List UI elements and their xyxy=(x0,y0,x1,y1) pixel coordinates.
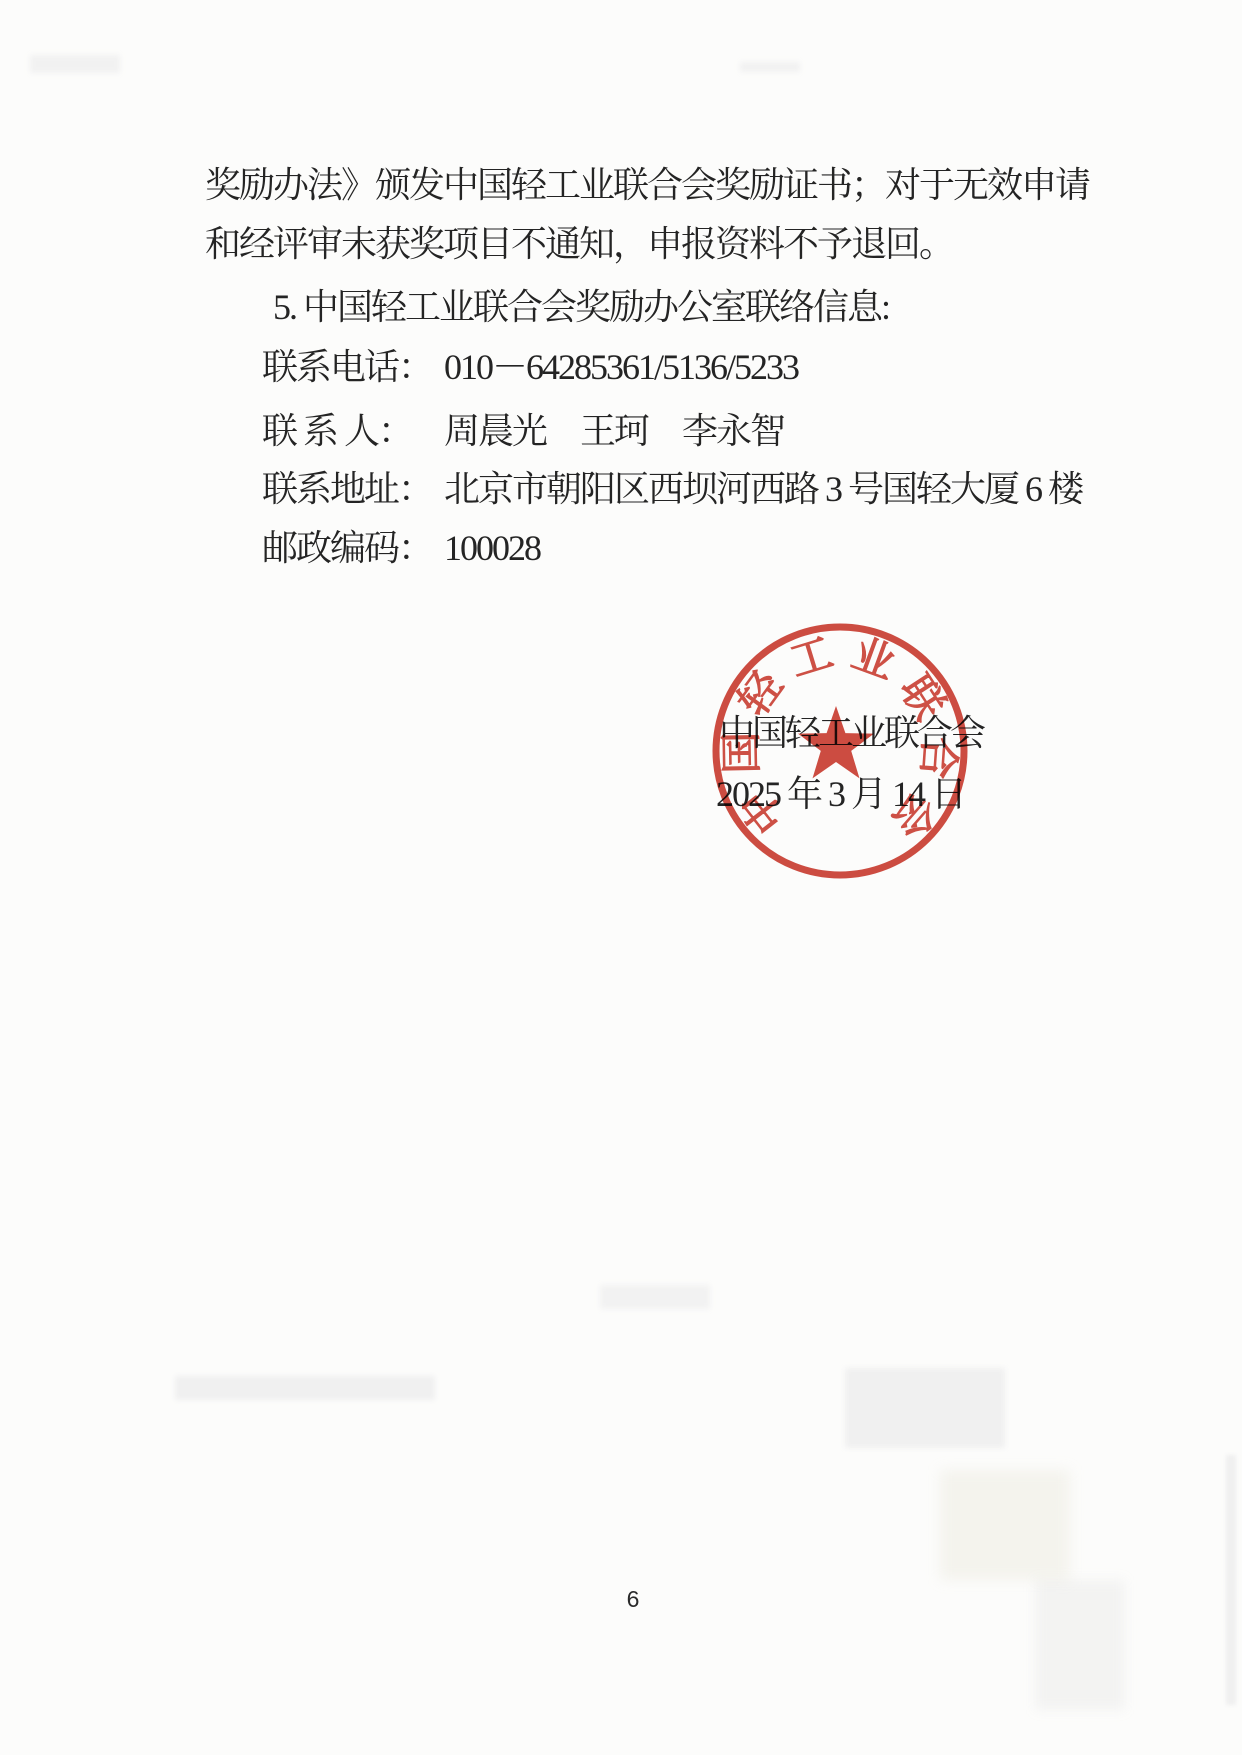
document-page: 奖励办法》颁发中国轻工业联合会奖励证书；对于无效申请 和经评审未获奖项目不通知，… xyxy=(0,0,1242,1755)
contact-address-row: 联系地址： 北京市朝阳区西坝河西路 3 号国轻大厦 6 楼 xyxy=(262,470,1082,510)
bleedthrough-smudge xyxy=(845,1368,1005,1448)
contact-address-value: 北京市朝阳区西坝河西路 3 号国轻大厦 6 楼 xyxy=(444,470,1082,510)
bleedthrough-smudge xyxy=(1035,1580,1125,1710)
contact-phone-label: 联系电话： xyxy=(262,348,444,388)
bleedthrough-smudge xyxy=(30,55,120,73)
bleedthrough-smudge xyxy=(600,1285,710,1309)
contact-person-value: 周晨光 王珂 李永智 xyxy=(444,412,784,452)
contact-address-label: 联系地址： xyxy=(262,470,444,510)
signature-org: 中国轻工业联合会 xyxy=(719,714,983,754)
bleedthrough-smudge xyxy=(1226,1455,1236,1705)
page-number: 6 xyxy=(560,1586,706,1613)
contact-phone-value: 010－64285361/5136/5233 xyxy=(444,348,798,388)
contact-person-row: 联 系 人： 周晨光 王珂 李永智 xyxy=(262,412,784,452)
contact-postcode-value: 100028 xyxy=(444,529,540,569)
contact-postcode-row: 邮政编码： 100028 xyxy=(262,529,540,569)
list-item-5: 5. 中国轻工业联合会奖励办公室联络信息: xyxy=(273,288,889,328)
bleedthrough-smudge xyxy=(740,62,800,72)
bleedthrough-smudge xyxy=(175,1376,435,1400)
paragraph-line-2: 和经评审未获奖项目不通知，申报资料不予退回。 xyxy=(205,225,953,265)
contact-phone-row: 联系电话： 010－64285361/5136/5233 xyxy=(262,348,798,388)
paragraph-line-1: 奖励办法》颁发中国轻工业联合会奖励证书；对于无效申请 xyxy=(205,166,1089,206)
bleedthrough-smudge xyxy=(940,1470,1070,1580)
contact-postcode-label: 邮政编码： xyxy=(262,529,444,569)
signature-date: 2025 年 3 月 14 日 xyxy=(716,775,965,815)
contact-person-label: 联 系 人： xyxy=(262,412,444,452)
